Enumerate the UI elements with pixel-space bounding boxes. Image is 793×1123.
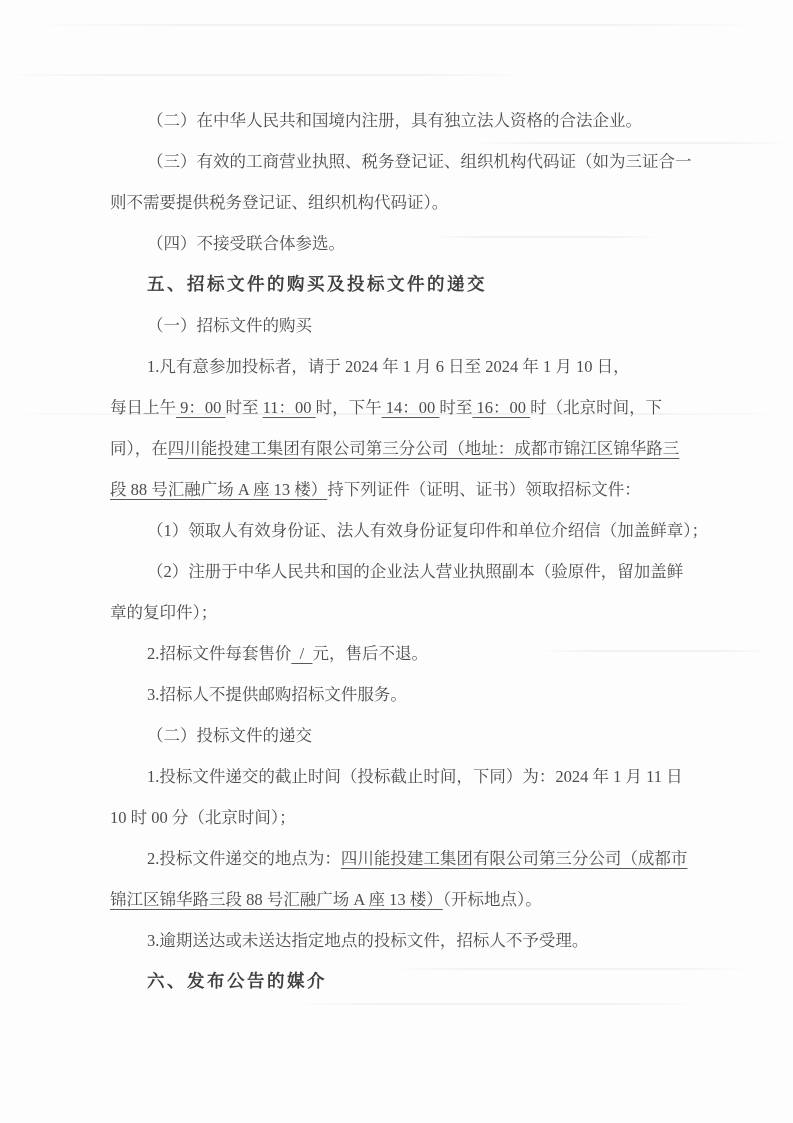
item-2-business-license-line-1: （2）注册于中华人民共和国的企业法人营业执照副本（验原件，留加盖鲜 [110,551,700,592]
document-page: （二）在中华人民共和国境内注册，具有独立法人资格的合法企业。（三）有效的工商营业… [0,0,793,1123]
underlined-field: 14：00 [382,398,440,417]
text-run: （三）有效的工商营业执照、税务登记证、组织机构代码证（如为三证合一 [147,152,692,171]
para-5-2-3-late-delivery: 3.逾期送达或未送达指定地点的投标文件，招标人不予受理。 [110,920,700,961]
text-run: 每日上午 [110,398,176,417]
underlined-field: 11：00 [263,398,316,417]
clause-3-licenses-line-1: （三）有效的工商营业执照、税务登记证、组织机构代码证（如为三证合一 [110,141,700,182]
clause-3-licenses-line-2: 则不需要提供税务登记证、组织机构代码证）。 [110,182,700,223]
text-run: 3.招标人不提供邮购招标文件服务。 [147,685,407,704]
para-5-1-2-price: 2.招标文件每套售价 / 元，售后不退。 [110,633,700,674]
para-5-2-2-location-line-1: 2.投标文件递交的地点为：四川能投建工集团有限公司第三分公司（成都市 [110,838,700,879]
text-run: 时，下午 [316,398,382,417]
text-run: 章的复印件）； [110,603,217,622]
para-5-1-3-no-mail-order: 3.招标人不提供邮购招标文件服务。 [110,674,700,715]
subsection-5-2-heading: （二）投标文件的递交 [110,715,700,756]
underlined-field: / [291,644,312,663]
para-5-1-1-line-3: 同），在四川能投建工集团有限公司第三分公司（地址：成都市锦江区锦华路三 [110,428,700,469]
section-5-heading: 五、招标文件的购买及投标文件的递交 [110,264,700,305]
scan-artifact-line [0,74,530,76]
document-body: （二）在中华人民共和国境内注册，具有独立法人资格的合法企业。（三）有效的工商营业… [110,100,700,1002]
text-run: （1）领取人有效身份证、法人有效身份证复印件和单位介绍信（加盖鲜章）； [147,521,708,540]
scanned-document-canvas: { "page": { "bg_color": "#fdfdfd", "text… [0,0,793,1123]
text-run: 时（北京时间，下 [530,398,662,417]
text-run: 则不需要提供税务登记证、组织机构代码证）。 [110,193,448,212]
para-5-1-1-line-4: 段 88 号汇融广场 A 座 13 楼）持下列证件（证明、证书）领取招标文件： [110,469,700,510]
text-run: 同），在 [110,439,168,458]
clause-4-no-consortium: （四）不接受联合体参选。 [110,223,700,264]
text-run: 时至 [226,398,263,417]
text-run: （一）招标文件的购买 [147,316,312,335]
text-run: 元，售后不退。 [312,644,428,663]
para-5-1-1-line-1: 1.凡有意参加投标者，请于 2024 年 1 月 6 日至 2024 年 1 月… [110,346,700,387]
text-run: （开标地点）。 [443,890,542,909]
text-run: 10 时 00 分（北京时间）； [110,808,296,827]
scan-artifact-line [290,1003,700,1005]
text-run: 五、招标文件的购买及投标文件的递交 [147,274,487,294]
underlined-field: 16：00 [472,398,530,417]
text-run: 2.招标文件每套售价 [147,644,291,663]
para-5-2-1-deadline-line-1: 1.投标文件递交的截止时间（投标截止时间，下同）为：2024 年 1 月 11 … [110,756,700,797]
underlined-field: 锦江区锦华路三段 88 号汇融广场 A 座 13 楼） [110,890,443,909]
underlined-field: 段 88 号汇融广场 A 座 13 楼） [110,480,327,499]
underlined-field: 四川能投建工集团有限公司第三分公司（地址：成都市锦江区锦华路三 [168,439,680,458]
text-run: （2）注册于中华人民共和国的企业法人营业执照副本（验原件，留加盖鲜 [147,562,683,581]
underlined-field: 9：00 [176,398,226,417]
subsection-5-1-heading: （一）招标文件的购买 [110,305,700,346]
para-5-2-2-location-line-2: 锦江区锦华路三段 88 号汇融广场 A 座 13 楼）（开标地点）。 [110,879,700,920]
text-run: 持下列证件（证明、证书）领取招标文件： [327,480,641,499]
text-run: 2.投标文件递交的地点为： [147,849,341,868]
item-2-business-license-line-2: 章的复印件）； [110,592,700,633]
text-run: （二）投标文件的递交 [147,726,312,745]
text-run: 时至 [439,398,472,417]
para-5-2-1-deadline-line-2: 10 时 00 分（北京时间）； [110,797,700,838]
section-6-heading: 六、发布公告的媒介 [110,961,700,1002]
text-run: （四）不接受联合体参选。 [147,234,345,253]
text-run: （二）在中华人民共和国境内注册，具有独立法人资格的合法企业。 [147,111,642,130]
underlined-field: 四川能投建工集团有限公司第三分公司（成都市 [341,849,688,868]
text-run: 1.投标文件递交的截止时间（投标截止时间，下同）为：2024 年 1 月 11 … [147,767,683,786]
item-1-id-documents: （1）领取人有效身份证、法人有效身份证复印件和单位介绍信（加盖鲜章）； [110,510,700,551]
scan-artifact-line [28,24,768,26]
text-run: 六、发布公告的媒介 [147,971,327,991]
clause-2-registered-entity: （二）在中华人民共和国境内注册，具有独立法人资格的合法企业。 [110,100,700,141]
text-run: 3.逾期送达或未送达指定地点的投标文件，招标人不予受理。 [147,931,588,950]
para-5-1-1-line-2: 每日上午 9：00 时至 11：00 时，下午 14：00 时至 16：00 时… [110,387,700,428]
text-run: 1.凡有意参加投标者，请于 2024 年 1 月 6 日至 2024 年 1 月… [147,357,630,376]
